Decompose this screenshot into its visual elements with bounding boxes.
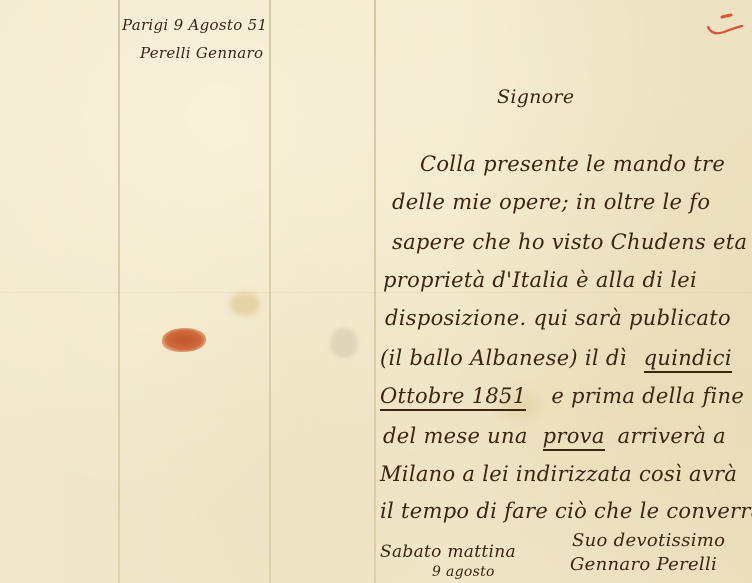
- underlined-date-word: quindici: [644, 346, 732, 373]
- paper-stain: [230, 292, 260, 316]
- body-text: (il ballo Albanese) il dì: [380, 346, 627, 370]
- body-line: delle mie opere; in oltre le fo: [392, 190, 710, 214]
- wax-seal-icon: [162, 328, 206, 352]
- underlined-word: prova: [543, 424, 605, 451]
- dateline-date: 9 agosto: [432, 564, 495, 580]
- body-line: sapere che ho visto Chudens eta: [392, 230, 747, 254]
- letter-sheet: Parigi 9 Agosto 51 Perelli Gennaro Signo…: [0, 0, 752, 583]
- signature: Gennaro Perelli: [570, 554, 717, 575]
- docket-line-1: Parigi 9 Agosto 51: [122, 16, 267, 34]
- fold-line-horizontal: [0, 292, 752, 293]
- body-line: disposizione. qui sarà publicato: [385, 306, 731, 330]
- body-line: (il ballo Albanese) il dì quindici: [380, 346, 732, 370]
- body-line: il tempo di fare ciò che le converrà.: [380, 499, 752, 523]
- dateline: Sabato mattina: [380, 542, 516, 562]
- body-text: arriverà a: [618, 424, 726, 448]
- body-line: proprietà d'Italia è alla di lei: [383, 268, 697, 292]
- body-text: del mese una: [383, 424, 528, 448]
- body-line: del mese una prova arriverà a: [383, 424, 726, 448]
- body-text: e prima della fine: [551, 384, 744, 408]
- salutation: Signore: [497, 86, 574, 108]
- paper-stain: [330, 328, 358, 358]
- body-line: Milano a lei indirizzata così avrà: [380, 462, 737, 486]
- closing-line: Suo devotissimo: [572, 530, 725, 551]
- body-line: Colla presente le mando tre: [420, 152, 725, 176]
- red-pencil-mark-icon: [704, 10, 744, 40]
- docket-line-2: Perelli Gennaro: [140, 44, 263, 62]
- underlined-date: Ottobre 1851: [380, 384, 526, 411]
- body-line: Ottobre 1851 e prima della fine: [380, 384, 744, 408]
